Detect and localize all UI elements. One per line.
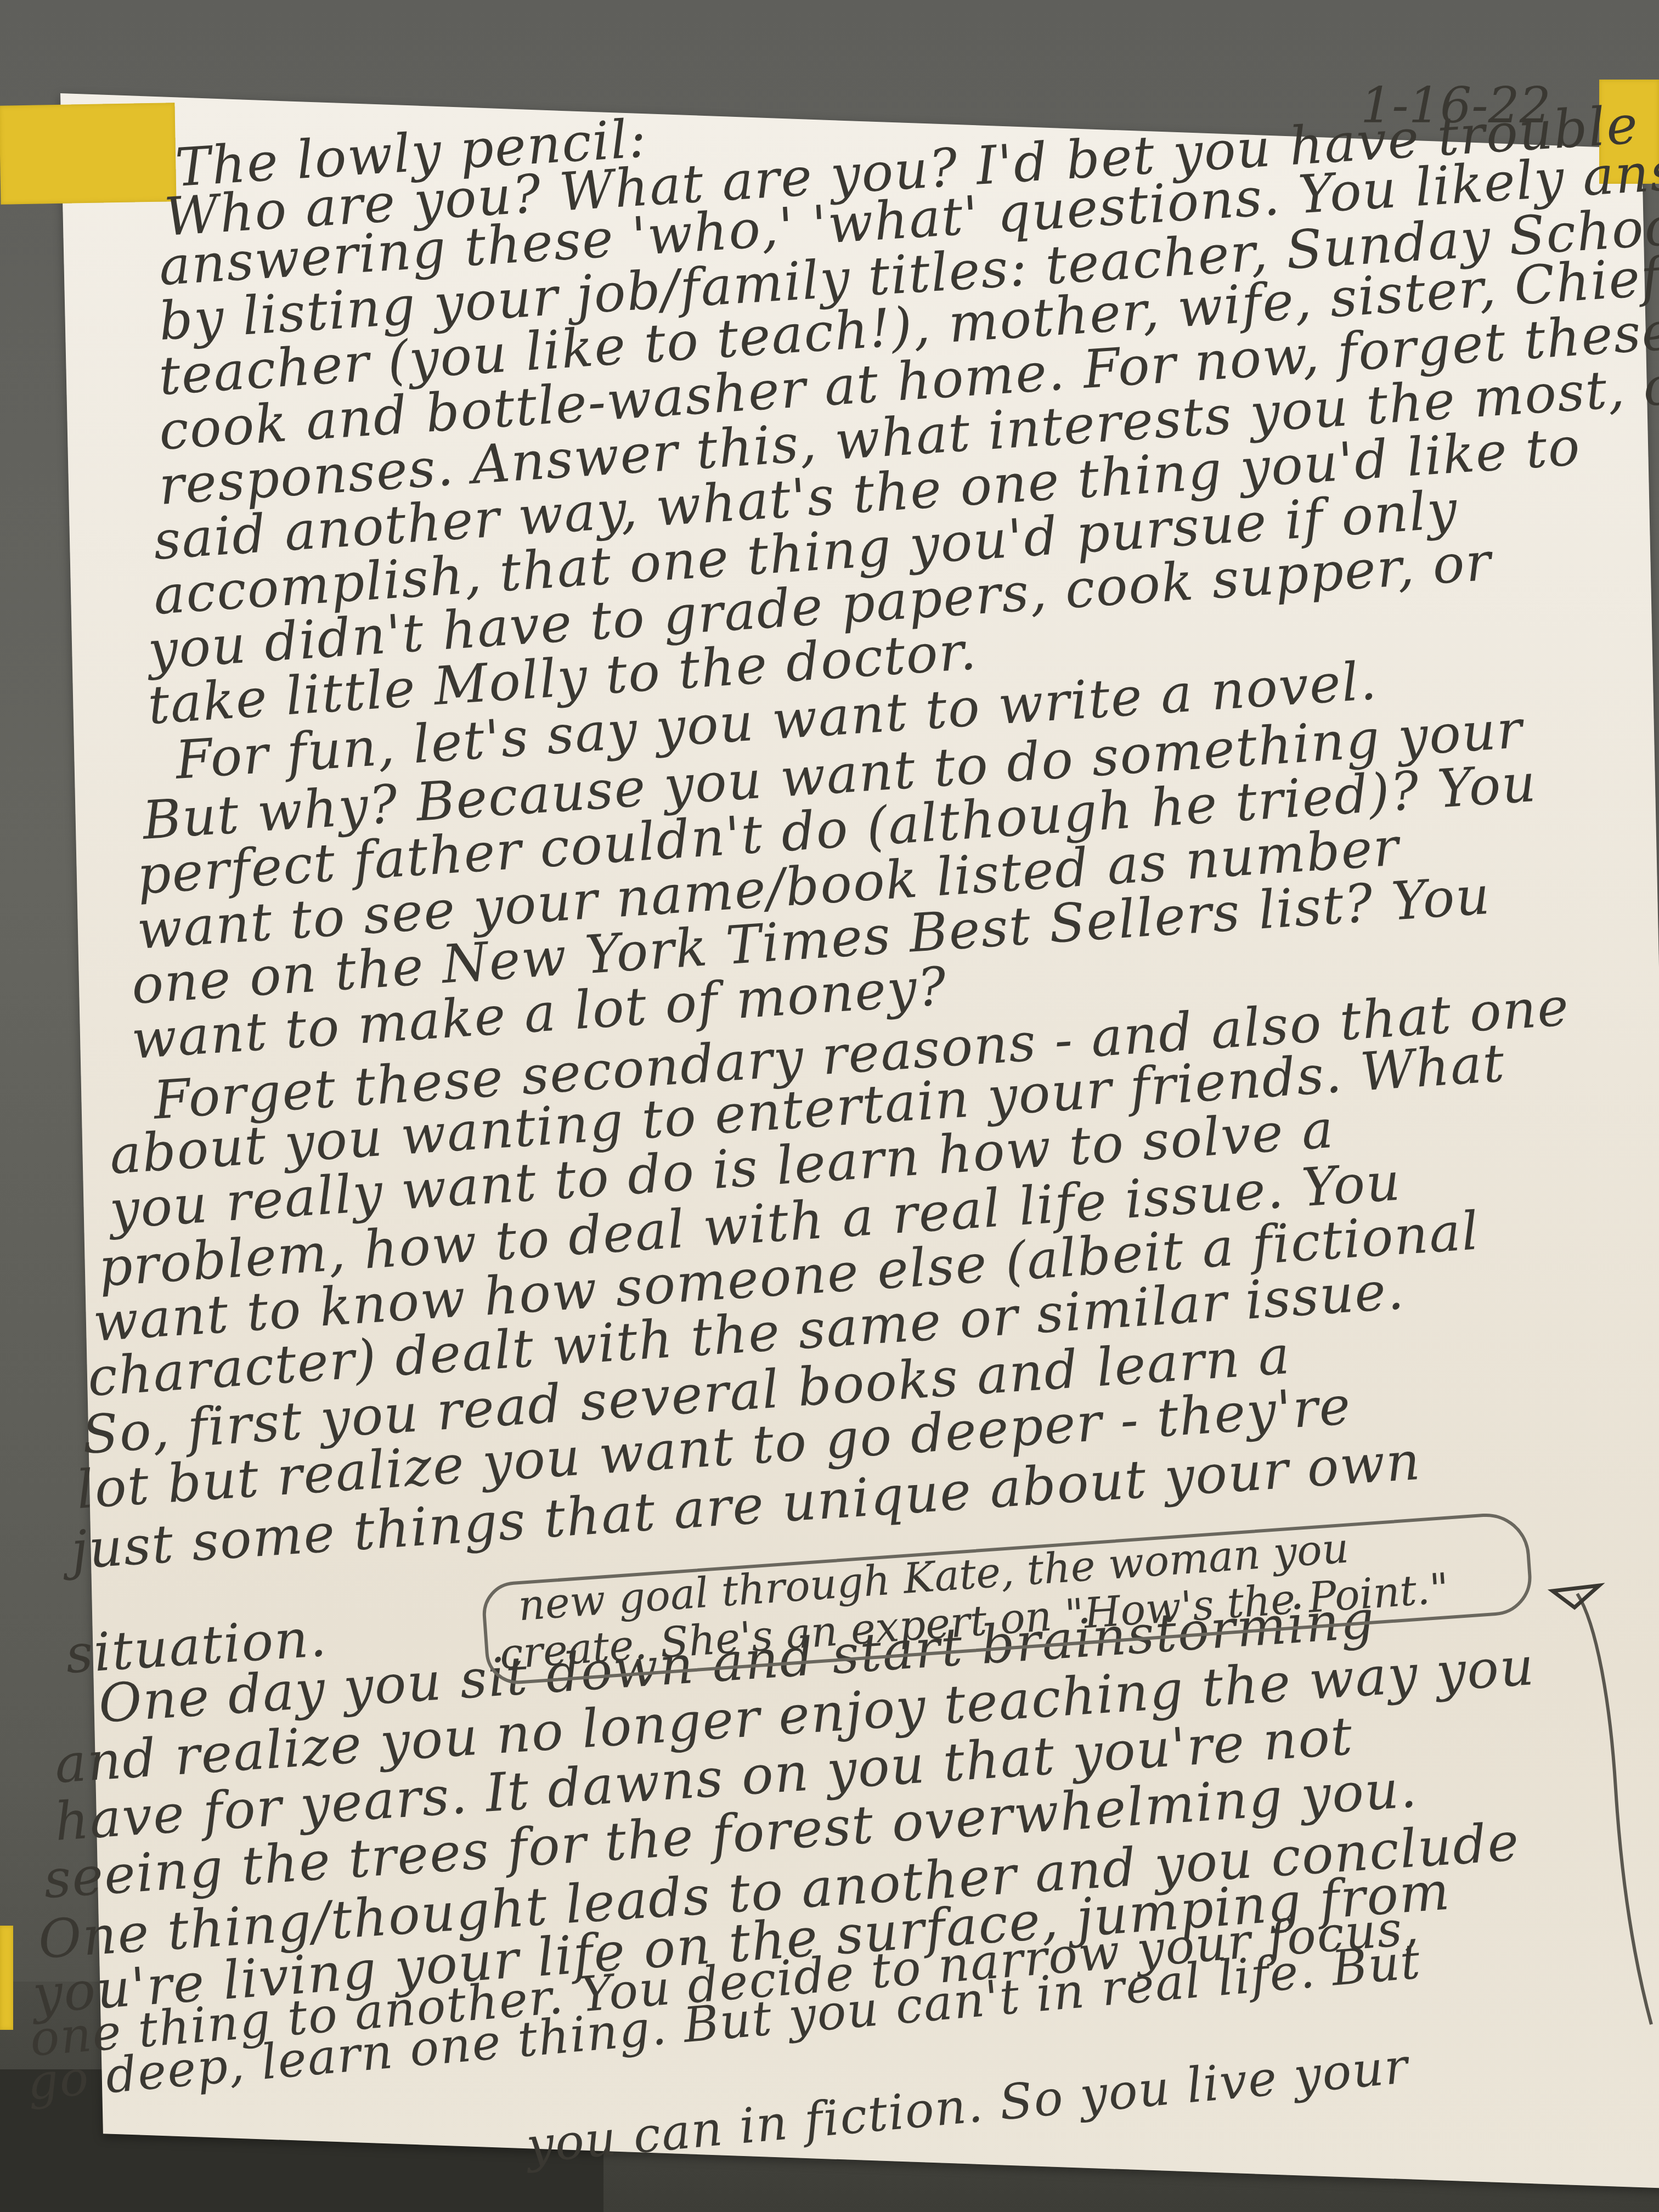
text-line: you can in fiction. So you live your	[524, 2038, 1410, 2174]
handwritten-text: The lowly pencil: Who are you? What are …	[0, 0, 1659, 2212]
